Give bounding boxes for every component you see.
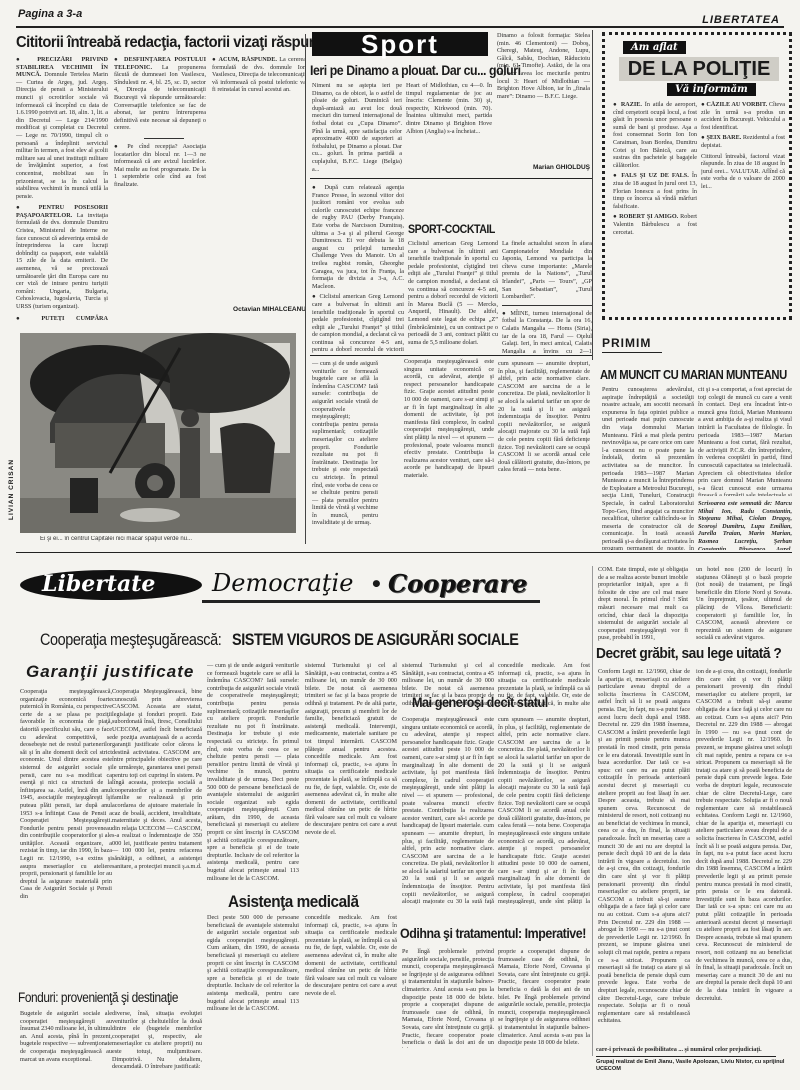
decree-headline: Decret grăbit, sau lege uitată ? <box>596 646 781 662</box>
page-number-label: Pagina a 3-a <box>18 8 82 20</box>
continued-article-col-1: — cum şi de unde asigură veniturile ce f… <box>312 360 378 540</box>
police-item: ● ROBERT ŞI AMIGO. Robert Valentin Bărbu… <box>613 213 697 236</box>
readers-item: ● PENTRU POSESORII PAŞAPOARTELOR. La inv… <box>16 204 108 310</box>
column-divider <box>592 30 593 360</box>
banner-separator: • <box>370 572 383 596</box>
cooperative-main-headline: Cooperaţia meşteşugărească: SISTEM VIGUR… <box>40 630 569 650</box>
sport-cocktail-rule <box>310 355 592 356</box>
funds-col-1: Bugetele de asigurări sociale ale cooper… <box>20 1010 112 1070</box>
police-col-2: ● CĂZILE AU VORBIT. Cîteva zile în urmă … <box>701 101 785 315</box>
photo-credit: LIVIAN CRISAN <box>8 440 15 520</box>
readers-item: ● PUTEŢI CUMPĂRA IMOBILUL ÎN CARE LOCUIŢ… <box>16 315 108 321</box>
sport-byline: Marian GHIOLDUŞ <box>497 164 590 171</box>
police-item: ● RAZIE. În atila de aeroport, cînd cerş… <box>613 101 697 169</box>
section-title-rest: Odihna şi tratamentul: Imperative! <box>400 926 586 941</box>
primim-col-2: cit şi s-a comportat, a fost apreciat de… <box>698 386 792 496</box>
generous-col-2: cum spuneam — anumite drepturi, în plus,… <box>498 716 590 904</box>
police-item: ● CĂZILE AU VORBIT. Cîteva zile în urmă … <box>701 101 785 131</box>
banner-word-democracy: Democraţie <box>212 569 353 597</box>
medical-col-2: concediile medicale. Am fost informaţi c… <box>305 914 397 1054</box>
sport-col-1: Nimeni nu se aştepta ieri pe Dinamo, ca … <box>312 82 402 182</box>
column-divider <box>305 34 306 544</box>
generous-col-1: Cooperaţia meşteşugărească este singura … <box>402 716 494 904</box>
guarantees-col-1: Cooperaţia meşteşugărească, organizaţie … <box>20 688 112 946</box>
sport-cocktail-col-2: Ciclistul american Greg Lemond care a bu… <box>408 240 498 354</box>
sport-col-3: Dinamo a folosit formaţia: Stelea (min. … <box>497 32 590 172</box>
police-subtitle: Vă informăm <box>667 83 756 96</box>
readers-item: ● DESFIINŢAREA POSTULUI TELEFONIC. La pr… <box>114 56 206 132</box>
police-item: ● ŞEIX BARE. Rezidentul a fost depistat. <box>701 134 785 149</box>
readers-column-body: ● PRECIZĂRI PRIVIND STABILIREA VECHIMII … <box>16 56 306 321</box>
children-article-col-2: cum spuneam — anumite drepturi, în plus,… <box>498 360 590 540</box>
cooperative-top-right-col-2: un hotel nou (200 de locuri) în staţiune… <box>696 566 792 644</box>
decree-col-1: Conform Legii nr. 12/1960, chiar de la a… <box>598 668 690 1044</box>
police-item: Cititorul întreabă, factorul vizat răspu… <box>701 153 785 191</box>
guarantees-col-4: sistemul Turismului şi cel al Sănătăţii,… <box>305 662 397 884</box>
primim-headline: AM MUNCIT CU MARIAN MUNTEANU <box>600 368 787 382</box>
cooperative-credit: Grupaj realizat de Emil Jianu, Vasile Ap… <box>596 1059 792 1073</box>
guarantees-col-3: — cum şi de unde asigură veniturile ce f… <box>207 662 299 884</box>
police-title: DE LA POLIŢIE <box>619 57 779 81</box>
children-article-col-1: Cooperaţia meşteşugărească este singura … <box>404 358 494 538</box>
photo-caption: Ei şi ei... în centrul Capitalei nici mă… <box>40 536 290 542</box>
primim-rule <box>602 352 662 353</box>
banner-underline <box>202 600 540 603</box>
decree-closing: care-i privează de posibilitatea ... şi … <box>596 1046 792 1054</box>
readers-item: ● ACUM, RĂSPUNDE. La cererea formulată d… <box>212 56 306 94</box>
readers-item: ● Pe cînd recepţia? Asociaţia locatarilo… <box>114 143 206 189</box>
readers-item: ● PRECIZĂRI PRIVIND STABILIREA VECHIMII … <box>16 56 108 200</box>
section-title-guarantees: Garanţii justificate <box>26 662 194 682</box>
police-kicker: Am aflat <box>623 41 686 54</box>
item-separator <box>144 138 184 139</box>
column-divider <box>592 566 593 1056</box>
rest-col-2: proprie a cooperaţiei dispune de frumoas… <box>498 948 590 1048</box>
rest-col-1: Pe lîngă problemele privind asigurările … <box>402 948 494 1048</box>
cocktail-item: ● După cum relatează agenţia France Pres… <box>312 184 404 290</box>
sport-cocktail-col-1: ● După cum relatează agenţia France Pres… <box>312 184 404 354</box>
newspaper-name: LIBERTATEA <box>702 14 780 26</box>
sport-cocktail-title: SPORT-COCKTAIL <box>408 222 495 236</box>
credit-rule <box>596 1056 776 1057</box>
readers-column-title: Cititorii întreabă redacţia, factorii vi… <box>16 34 326 52</box>
sport-headline: Ieri pe Dinamo a plouat. Dar cu... golur… <box>310 62 521 78</box>
sport-cocktail-col-3: La finele actualului sezon în afara Camp… <box>502 240 592 354</box>
primim-section-label: PRIMIM <box>602 336 651 350</box>
police-box: Am aflat DE LA POLIŢIE Vă informăm ● RAZ… <box>602 32 792 320</box>
section-title-medical: Asistenţa medicală <box>228 892 359 912</box>
sport-col-2: Heart of Midlothian, cu 4—0. În timpul r… <box>406 82 492 182</box>
police-col-1: ● RAZIE. În atila de aeroport, cînd cerş… <box>613 101 697 315</box>
item-separator <box>502 305 592 306</box>
masthead-rule <box>16 26 784 28</box>
sport-section-label: Sport <box>312 32 488 56</box>
wagon-scene-illustration <box>20 333 296 533</box>
upper-half-rule <box>16 552 792 553</box>
banner-word-cooperation: Cooperare <box>388 569 527 598</box>
news-photo <box>20 333 296 533</box>
primim-col-1: Pentru cunoaşterea adevărului, aspiraţie… <box>602 386 694 550</box>
decree-col-2: ion de a-şi crea, din cotizaţii, fonduri… <box>696 668 792 1044</box>
guarantees-col-2: Cooperaţia Meşteşugărească, bine cunoscu… <box>112 688 202 946</box>
sport-section-rule <box>310 178 592 179</box>
cooperation-banner: Libertate Democraţie • Cooperare <box>20 566 540 604</box>
readers-column-col-1: ● PRECIZĂRI PRIVIND STABILIREA VECHIMII … <box>16 56 108 321</box>
readers-column-col-3: ● ACUM, RĂSPUNDE. La cererea formulată d… <box>212 56 306 296</box>
section-title-funds: Fonduri: provenienţă şi destinaţie <box>18 990 178 1005</box>
readers-column-byline: Octavian MIHALCEANU <box>212 306 306 313</box>
readers-column-col-2: ● DESFIINŢAREA POSTULUI TELEFONIC. La pr… <box>114 56 206 321</box>
cocktail-item: ● Ciclistul american Greg Lemond care a … <box>312 293 404 354</box>
police-item: ● FALS ŞI UZ DE FALS. În ziua de 18 augu… <box>613 172 697 210</box>
primim-signatories: Scrisoarea este semnată de: Marcu Mihai … <box>698 500 792 550</box>
cocktail-item: ● MÎINE, turneu internaţional de fotbal … <box>502 310 592 354</box>
funds-col-2: diverse, însă, situaţia evoluţiei venitu… <box>112 1010 202 1070</box>
banner-word-liberty: Libertate <box>42 571 155 597</box>
cooperative-top-right-col-1: COM. Este timpul, este şi obligaţia de a… <box>598 566 688 644</box>
medical-col-1: Deci peste 500 000 de persoane beneficia… <box>207 914 299 1054</box>
section-title-generous: Mai generoşi decît statul <box>412 694 548 710</box>
cocktail-item: La finele actualului sezon în afara Camp… <box>502 240 592 301</box>
